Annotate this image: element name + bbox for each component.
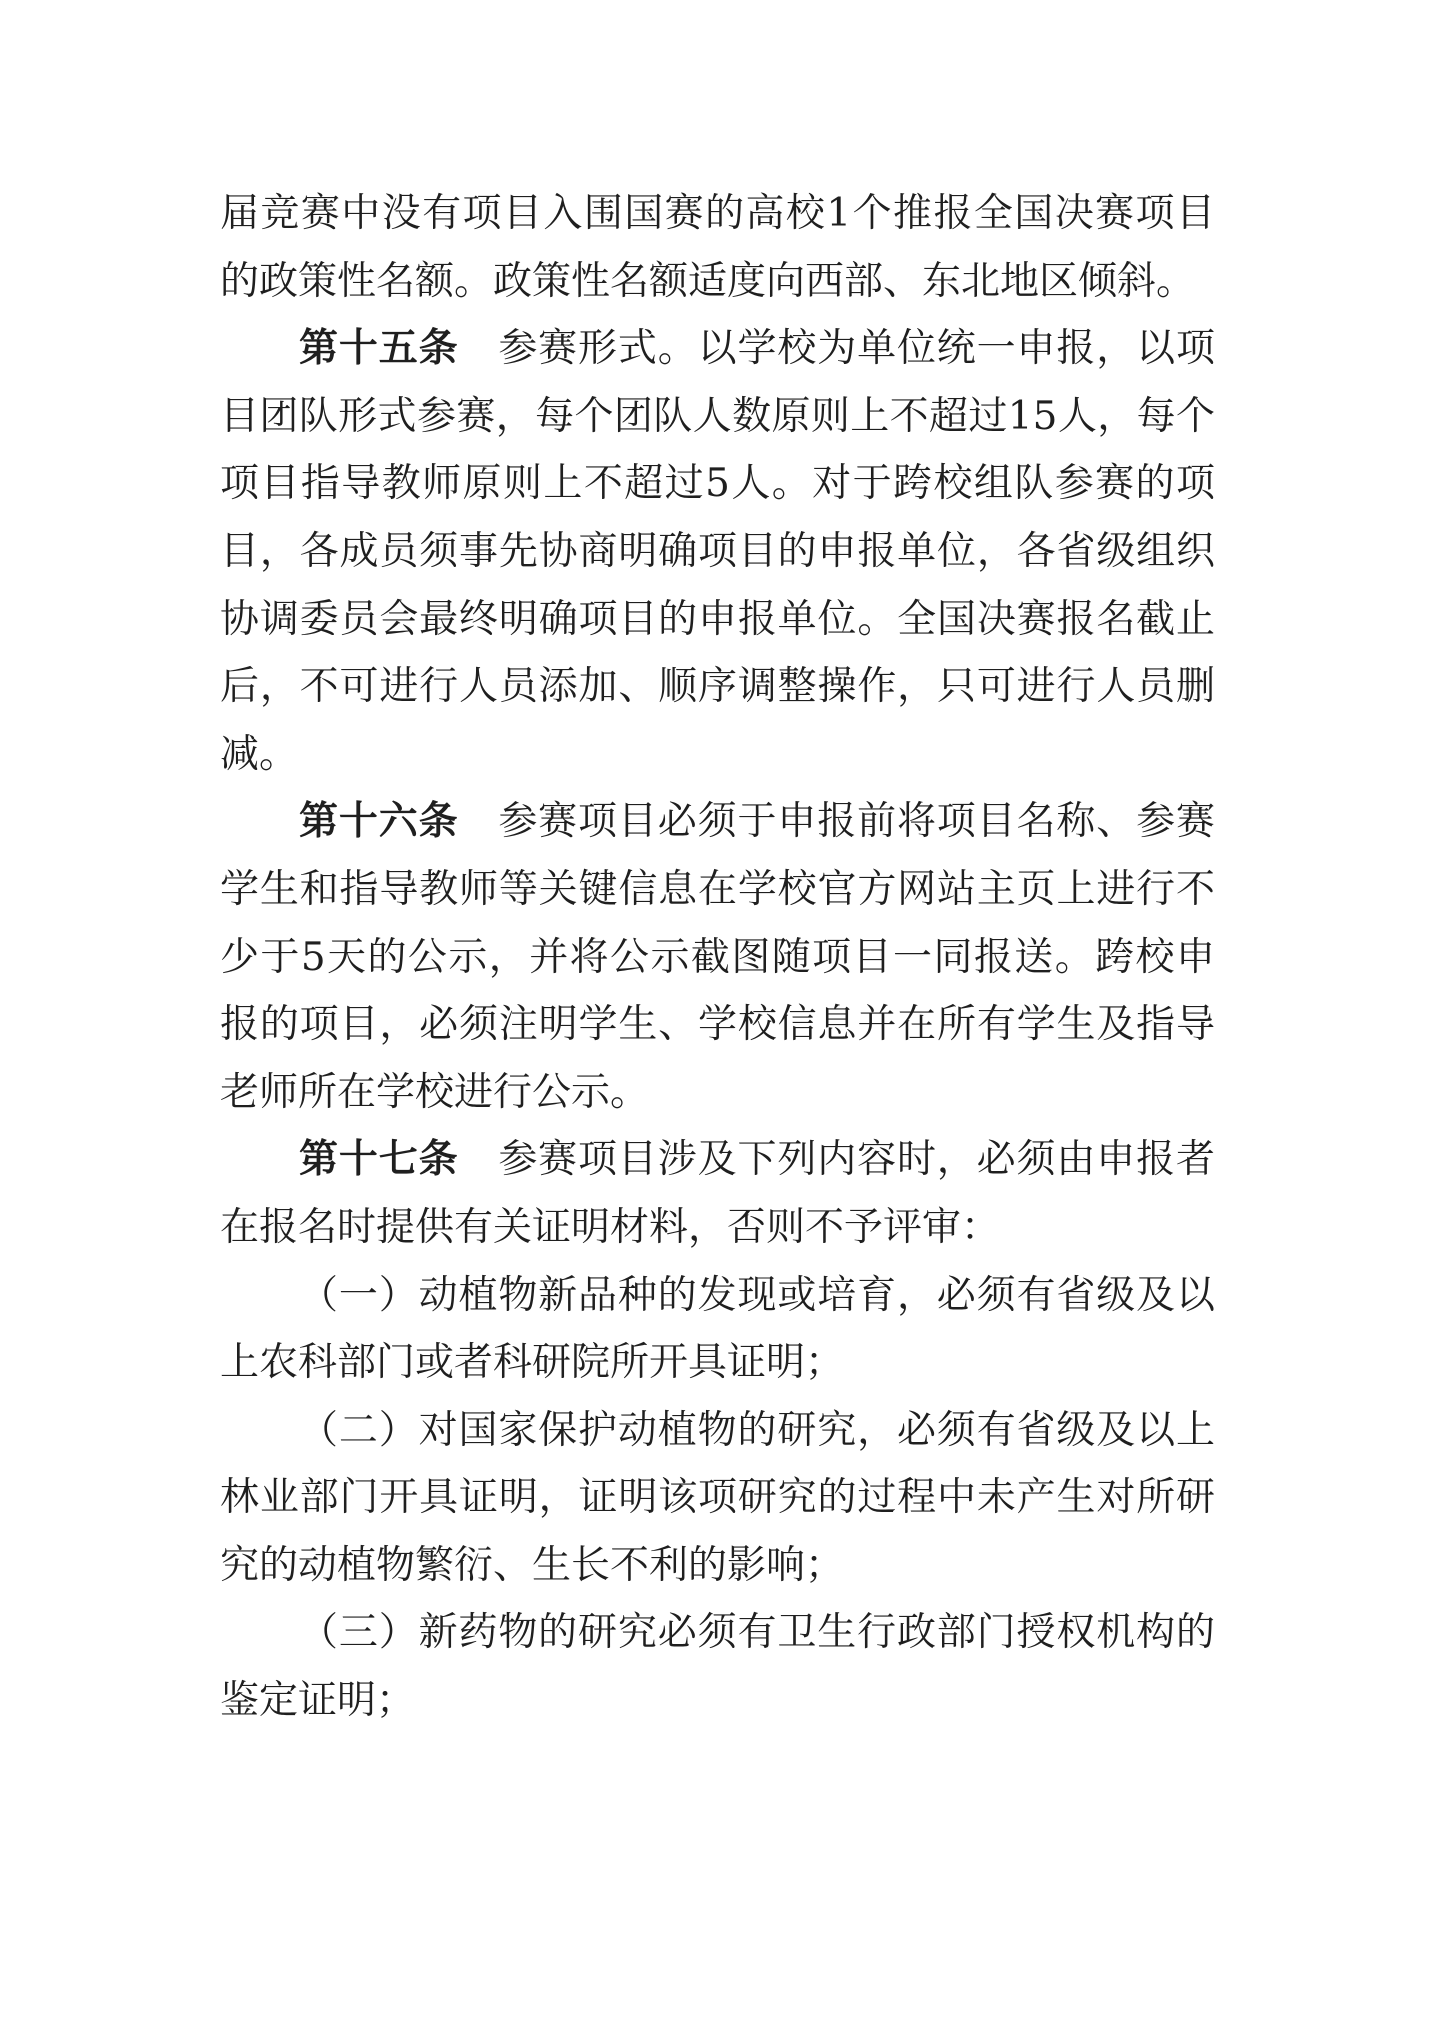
text-line: 上农科部门或者科研院所开具证明； — [220, 1329, 1215, 1397]
text-segment: 参赛项目涉及下列内容时，必须由申报者 — [458, 1137, 1215, 1182]
text-segment: 上农科部门或者科研院所开具证明； — [220, 1340, 844, 1385]
text-line: 减。 — [220, 721, 1215, 789]
document-page: 届竞赛中没有项目入围国赛的高校1个推报全国决赛项目的政策性名额。政策性名额适度向… — [0, 0, 1440, 2037]
text-segment: 鉴定证明； — [220, 1678, 415, 1723]
text-line: 林业部门开具证明，证明该项研究的过程中未产生对所研 — [220, 1464, 1215, 1532]
text-segment: 报的项目，必须注明学生、学校信息并在所有学生及指导 — [220, 1002, 1215, 1047]
text-segment: 目，各成员须事先协商明确项目的申报单位，各省级组织 — [220, 529, 1215, 574]
text-segment: 在报名时提供有关证明材料，否则不予评审： — [220, 1205, 1000, 1250]
text-segment: 究的动植物繁衍、生长不利的影响； — [220, 1543, 844, 1588]
text-segment: 老师所在学校进行公示。 — [220, 1070, 649, 1115]
text-segment: 的政策性名额。政策性名额适度向西部、东北地区倾斜。 — [220, 259, 1195, 304]
text-line: 目，各成员须事先协商明确项目的申报单位，各省级组织 — [220, 518, 1215, 586]
text-line: 少于5天的公示，并将公示截图随项目一同报送。跨校申 — [220, 924, 1215, 992]
text-segment: 少于5天的公示，并将公示截图随项目一同报送。跨校申 — [220, 935, 1215, 980]
text-segment: 参赛项目必须于申报前将项目名称、参赛 — [458, 799, 1215, 844]
text-line: 报的项目，必须注明学生、学校信息并在所有学生及指导 — [220, 991, 1215, 1059]
text-line: 目团队形式参赛，每个团队人数原则上不超过15人，每个 — [220, 383, 1215, 451]
article-number-heading: 第十五条 — [299, 325, 458, 371]
text-segment: 林业部门开具证明，证明该项研究的过程中未产生对所研 — [220, 1475, 1215, 1520]
text-line: 究的动植物繁衍、生长不利的影响； — [220, 1532, 1215, 1600]
text-segment: 参赛形式。以学校为单位统一申报，以项 — [458, 326, 1215, 371]
document-text-block: 届竞赛中没有项目入围国赛的高校1个推报全国决赛项目的政策性名额。政策性名额适度向… — [220, 180, 1215, 1735]
text-segment: （二）对国家保护动植物的研究，必须有省级及以上 — [299, 1408, 1215, 1453]
text-segment: （一）动植物新品种的发现或培育，必须有省级及以 — [299, 1273, 1215, 1318]
article-number-heading: 第十六条 — [299, 798, 458, 844]
text-line: 学生和指导教师等关键信息在学校官方网站主页上进行不 — [220, 856, 1215, 924]
text-line: 届竞赛中没有项目入围国赛的高校1个推报全国决赛项目 — [220, 180, 1215, 248]
text-line: 项目指导教师原则上不超过5人。对于跨校组队参赛的项 — [220, 450, 1215, 518]
text-line: 协调委员会最终明确项目的申报单位。全国决赛报名截止 — [220, 586, 1215, 654]
text-line: 第十七条 参赛项目涉及下列内容时，必须由申报者 — [220, 1126, 1215, 1194]
text-line: （三）新药物的研究必须有卫生行政部门授权机构的 — [220, 1599, 1215, 1667]
text-segment: （三）新药物的研究必须有卫生行政部门授权机构的 — [299, 1610, 1215, 1655]
text-line: （二）对国家保护动植物的研究，必须有省级及以上 — [220, 1397, 1215, 1465]
text-line: 老师所在学校进行公示。 — [220, 1059, 1215, 1127]
text-line: 第十六条 参赛项目必须于申报前将项目名称、参赛 — [220, 788, 1215, 856]
text-line: 的政策性名额。政策性名额适度向西部、东北地区倾斜。 — [220, 248, 1215, 316]
text-line: （一）动植物新品种的发现或培育，必须有省级及以 — [220, 1262, 1215, 1330]
text-segment: 后，不可进行人员添加、顺序调整操作，只可进行人员删 — [220, 664, 1215, 709]
text-segment: 项目指导教师原则上不超过5人。对于跨校组队参赛的项 — [220, 461, 1215, 506]
text-segment: 目团队形式参赛，每个团队人数原则上不超过15人，每个 — [220, 394, 1215, 439]
text-segment: 减。 — [220, 732, 298, 777]
text-line: 鉴定证明； — [220, 1667, 1215, 1735]
text-segment: 届竞赛中没有项目入围国赛的高校1个推报全国决赛项目 — [220, 191, 1215, 236]
article-number-heading: 第十七条 — [299, 1136, 458, 1182]
text-line: 后，不可进行人员添加、顺序调整操作，只可进行人员删 — [220, 653, 1215, 721]
text-line: 第十五条 参赛形式。以学校为单位统一申报，以项 — [220, 315, 1215, 383]
text-segment: 学生和指导教师等关键信息在学校官方网站主页上进行不 — [220, 867, 1215, 912]
text-line: 在报名时提供有关证明材料，否则不予评审： — [220, 1194, 1215, 1262]
text-segment: 协调委员会最终明确项目的申报单位。全国决赛报名截止 — [220, 597, 1215, 642]
